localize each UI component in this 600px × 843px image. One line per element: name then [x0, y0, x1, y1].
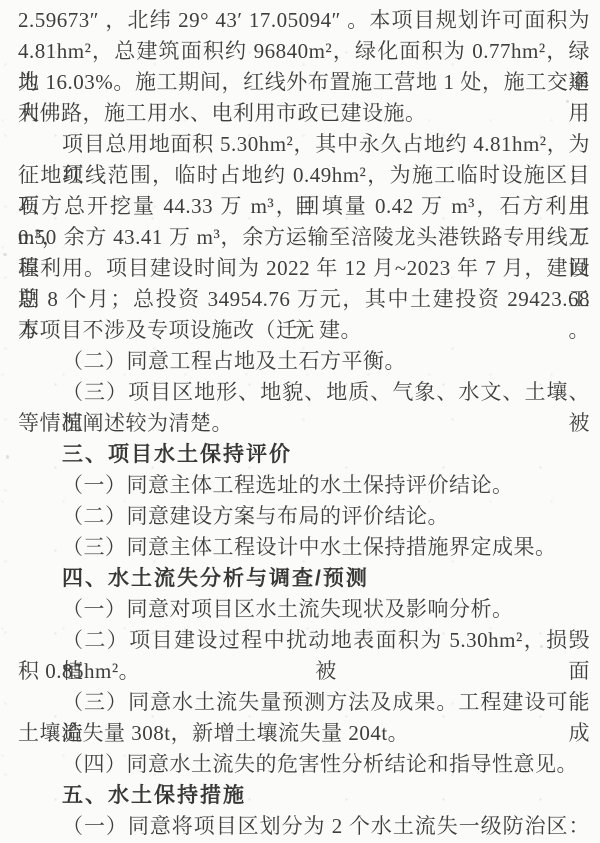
text-line: 期 8 个月；总投资 34954.76 万元，其中土建投资 29423.68 万…	[18, 284, 590, 315]
text-line: 土壤流失量 308t，新增土壤流失量 204t。	[18, 718, 590, 749]
text-line: （一）同意将项目区划分为 2 个水土流失一级防治区：即主	[18, 811, 590, 842]
text-line: 大佛路，施工用水、电利用市政已建设施。	[18, 98, 590, 129]
scan-speck	[3, 253, 7, 256]
text-line: 2.59673″ ，北纬 29° 43′ 17.05094″ 。本项目规划许可面…	[18, 5, 590, 36]
text-line: （四）同意水土流失的危害性分析结论和指导性意见。	[18, 749, 590, 780]
section-heading: 三、项目水土保持评价	[18, 439, 590, 470]
text-line: （一）同意主体工程选址的水土保持评价结论。	[18, 470, 590, 501]
text-line: 征地红线范围，临时占地约 0.49hm²，为施工临时设施区；项目土	[18, 160, 590, 191]
text-line: （一）同意对项目区水土流失现状及影响分析。	[18, 594, 590, 625]
section-heading: 四、水土流失分析与调查/预测	[18, 563, 590, 594]
scan-speck	[6, 455, 9, 459]
text-line: （二）项目建设过程中扰动地表面积为 5.30hm²，损毁植被面	[18, 625, 590, 656]
text-line: 石方总开挖量 44.33 万 m³，回填量 0.42 万 m³，石方利用 0.5…	[18, 191, 590, 222]
text-line: 等情况阐述较为清楚。	[18, 408, 590, 439]
text-line: 为 16.03%。施工期间，红线外布置施工营地 1 处，施工交通利用	[18, 67, 590, 98]
text-line: m³，余方 43.41 万 m³，余方运输至涪陵龙头港铁路专用线工程回	[18, 222, 590, 253]
document-page: 2.59673″ ，北纬 29° 43′ 17.05094″ 。本项目规划许可面…	[0, 0, 600, 843]
text-line: （三）同意主体工程设计中水土保持措施界定成果。	[18, 532, 590, 563]
text-line: （二）同意工程占地及土石方平衡。	[18, 346, 590, 377]
text-line: （三）同意水土流失量预测方法及成果。工程建设可能造成	[18, 687, 590, 718]
text-line: （二）同意建设方案与布局的评价结论。	[18, 501, 590, 532]
text-line: 4.81hm²，总建筑面积约 96840m²，绿化面积为 0.77hm²，绿地率	[18, 36, 590, 67]
text-line: （三）项目区地形、地貌、地质、气象、水文、土壤、植被	[18, 377, 590, 408]
text-line: 积 0.85hm²。	[18, 656, 590, 687]
section-heading: 五、水土保持措施	[18, 780, 590, 811]
text-line: 项目总用地面积 5.30hm²，其中永久占地约 4.81hm²，为项目	[18, 129, 590, 160]
text-line: 本项目不涉及专项设施改（迁）建。	[18, 315, 590, 346]
text-line: 填利用。项目建设时间为 2022 年 12 月~2023 年 7 月，建设总工	[18, 253, 590, 284]
